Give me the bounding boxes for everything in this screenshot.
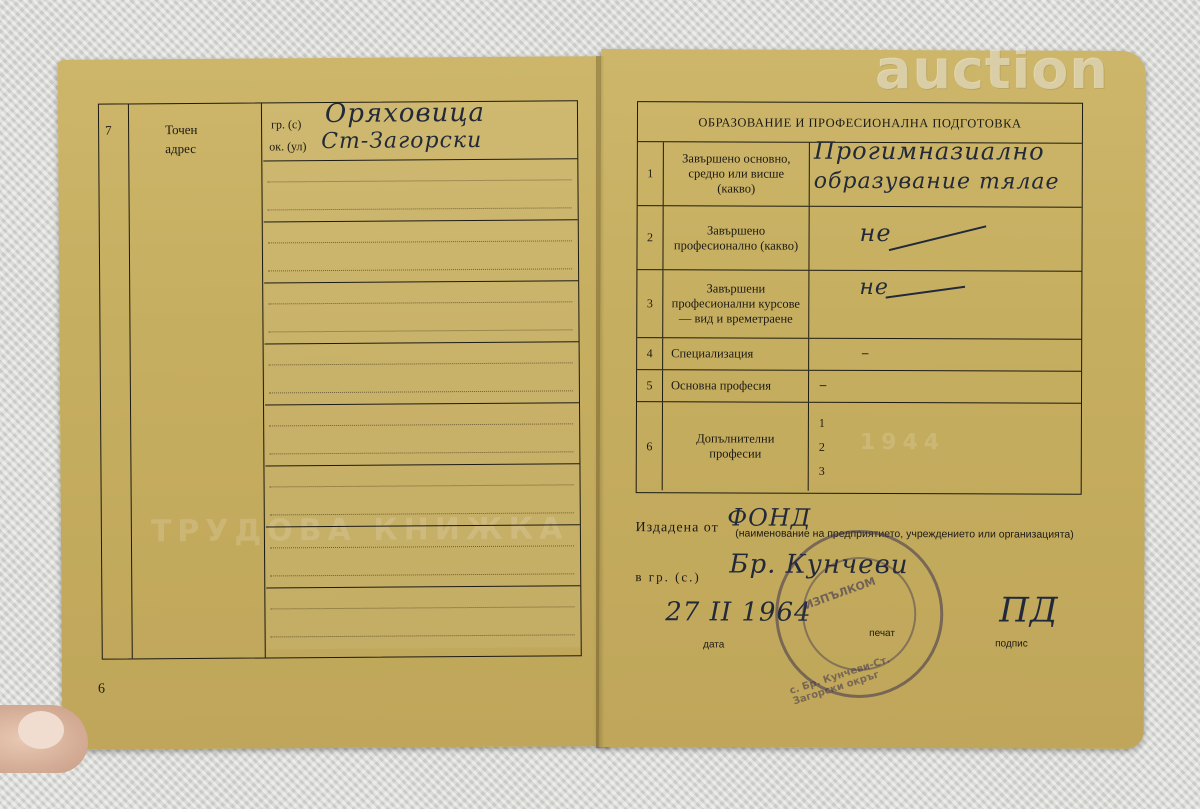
education-row-3: 3 Завършени професионални курсове — вид … [637,270,1081,340]
row-value: 1 2 3 [809,403,1081,492]
row-value: – [809,339,1081,371]
education-row-4: 4 Специализация – [637,338,1081,372]
row-value: – [809,371,1081,403]
strike-stroke [886,286,966,299]
row-number: 6 [637,402,663,490]
handwritten-value: – [819,375,828,394]
row-number: 2 [637,206,663,269]
row-label: Завършено професионално (какво) [663,206,809,270]
row-label: Основна професия [663,370,809,402]
issued-by-caption: (наименование на предприятието, учрежден… [730,528,1080,541]
handwritten-value-line2: образувание тялае [814,169,1060,195]
handwritten-value: – [861,343,870,362]
address-table: 7 Точен адрес гр. (с) Оряховица ок. (ул)… [98,100,582,659]
row-label: Завършени професионални курсове — вид и … [663,270,809,338]
issued-by-label: Издадена от [636,520,719,535]
page-number: 6 [98,682,105,698]
stamp-caption: печат [869,628,895,639]
book-spine [596,56,610,748]
address-row-empty [264,281,578,344]
additional-profession-numbers: 1 2 3 [819,411,825,483]
row-label: Допълнителни професии [663,402,809,491]
signature-caption: подпис [995,638,1028,649]
issue-city-label: в гр. (с.) [635,569,700,584]
education-row-5: 5 Основна професия – [637,370,1081,404]
holding-finger [0,705,88,773]
education-row-2: 2 Завършено професионално (какво) не [637,206,1081,272]
right-page: 1944 ОБРАЗОВАНИЕ И ПРОФЕСИОНАЛНА ПОДГОТО… [599,49,1146,749]
education-table: ОБРАЗОВАНИЕ И ПРОФЕСИОНАЛНА ПОДГОТОВКА 1… [636,101,1083,495]
row-value: Прогимназиално образувание тялае [810,143,1082,207]
row-number: 5 [637,370,663,401]
left-page: ТРУДОВА КНИЖКА 7 Точен адрес гр. (с) Оря… [58,56,611,750]
section-label: Точен адрес [165,120,198,158]
address-row-empty [265,342,579,405]
section-label-column: Точен адрес [129,103,266,658]
handwritten-value-line1: Прогимназиално [814,137,1045,166]
street-prefix-label: ок. (ул) [269,139,306,154]
handwritten-value: не [860,219,892,247]
address-row-empty [265,464,579,527]
row-number: 1 [638,142,664,205]
auction-watermark: auction [875,38,1109,101]
row-label: Завършено основно, средно или висше (как… [664,142,810,206]
address-row-empty [264,220,578,283]
city-prefix-label: гр. (с) [271,117,301,132]
date-caption: дата [703,639,724,650]
address-row-empty [265,403,579,466]
signature-handwritten: ПД [999,590,1058,630]
education-row-6: 6 Допълнителни професии 1 2 3 [637,402,1081,492]
education-row-1: 1 Завършено основно, средно или висше (к… [638,142,1082,208]
row-value: не [809,271,1081,339]
strike-stroke [889,225,987,251]
city-handwritten-value: Оряховица [325,98,485,129]
issue-city-line: в гр. (с.) [635,569,700,585]
address-rows: гр. (с) Оряховица ок. (ул) Ст-Загорски [263,101,581,657]
official-stamp: ИЗПЪЛКОМ с. Бр. Кунчеви-Ст. Загорски окр… [775,530,944,699]
street-handwritten-value: Ст-Загорски [321,128,482,154]
row-number: 3 [637,270,663,337]
handwritten-value: не [859,275,889,300]
row-label: Специализация [663,338,809,370]
address-row-empty [266,525,580,588]
address-row-empty [263,159,577,222]
row-value: не [809,207,1081,271]
section-number-column: 7 [99,104,133,658]
address-row-city-street: гр. (с) Оряховица ок. (ул) Ст-Загорски [263,101,577,161]
section-number: 7 [105,123,112,139]
address-row-empty [266,586,580,649]
row-number: 4 [637,338,663,369]
